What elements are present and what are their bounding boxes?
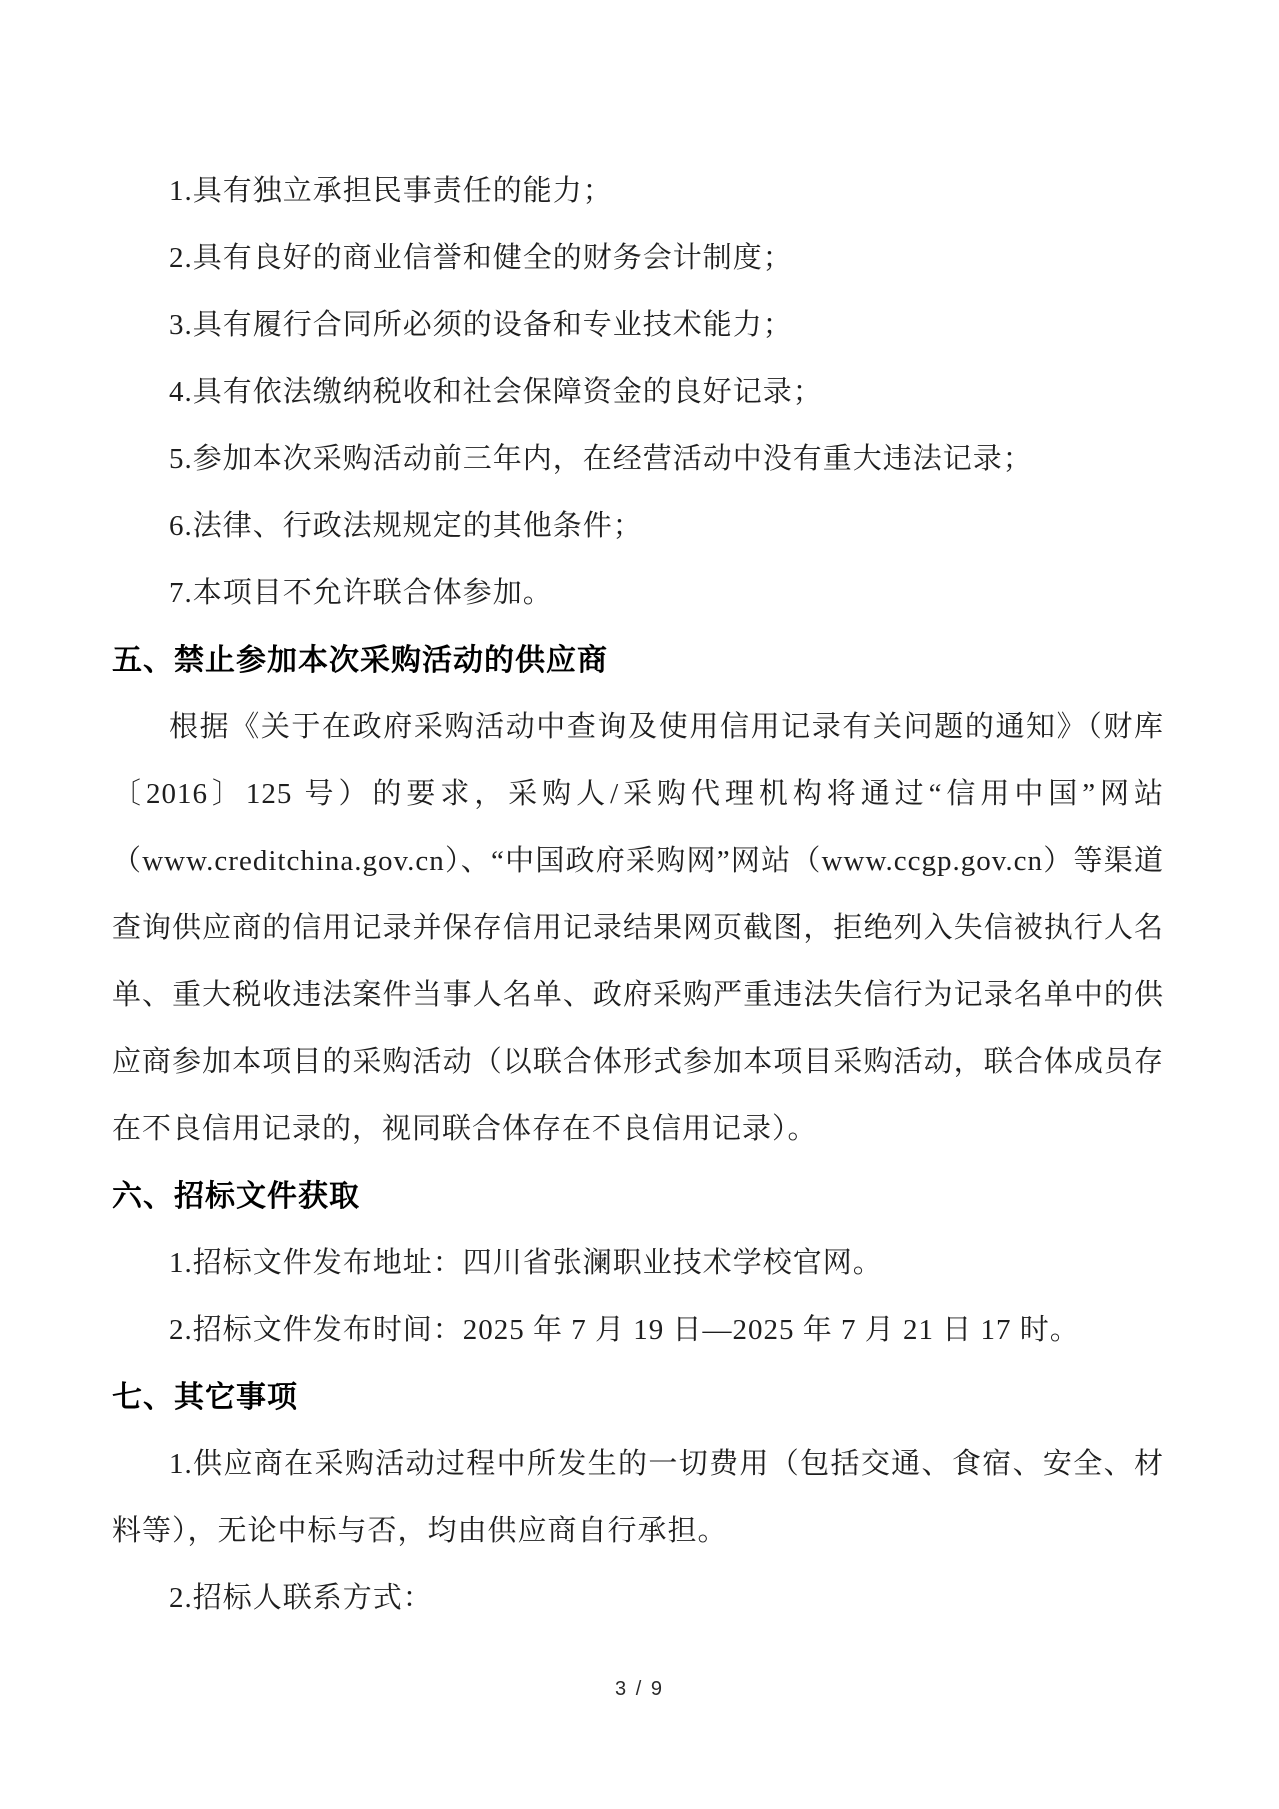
section-heading-five-banned-suppliers: 五、禁止参加本次采购活动的供应商 (112, 627, 1164, 694)
tenderer-contact-item: 2.招标人联系方式： (112, 1565, 1164, 1632)
paragraph-credit-record-check: 根据《关于在政府采购活动中查询及使用信用记录有关问题的通知》（财库〔2016〕1… (112, 694, 1164, 1163)
bid-document-address-item: 1.招标文件发布地址：四川省张澜职业技术学校官网。 (112, 1230, 1164, 1297)
paragraph-supplier-fees: 1.供应商在采购活动过程中所发生的一切费用（包括交通、食宿、安全、材料等），无论… (112, 1431, 1164, 1565)
document-page: 1.具有独立承担民事责任的能力； 2.具有良好的商业信誉和健全的财务会计制度； … (0, 0, 1279, 1809)
qualification-item-7: 7.本项目不允许联合体参加。 (112, 560, 1164, 627)
page-number: 3 / 9 (0, 1678, 1279, 1701)
qualification-item-2: 2.具有良好的商业信誉和健全的财务会计制度； (112, 225, 1164, 292)
qualification-item-5: 5.参加本次采购活动前三年内，在经营活动中没有重大违法记录； (112, 426, 1164, 493)
qualification-item-4: 4.具有依法缴纳税收和社会保障资金的良好记录； (112, 359, 1164, 426)
qualification-item-6: 6.法律、行政法规规定的其他条件； (112, 493, 1164, 560)
document-content: 1.具有独立承担民事责任的能力； 2.具有良好的商业信誉和健全的财务会计制度； … (112, 158, 1164, 1632)
qualification-item-3: 3.具有履行合同所必须的设备和专业技术能力； (112, 292, 1164, 359)
qualification-item-1: 1.具有独立承担民事责任的能力； (112, 158, 1164, 225)
section-heading-seven-other-matters: 七、其它事项 (112, 1364, 1164, 1431)
bid-document-time-item: 2.招标文件发布时间：2025 年 7 月 19 日—2025 年 7 月 21… (112, 1297, 1164, 1364)
section-heading-six-document-acquisition: 六、招标文件获取 (112, 1163, 1164, 1230)
